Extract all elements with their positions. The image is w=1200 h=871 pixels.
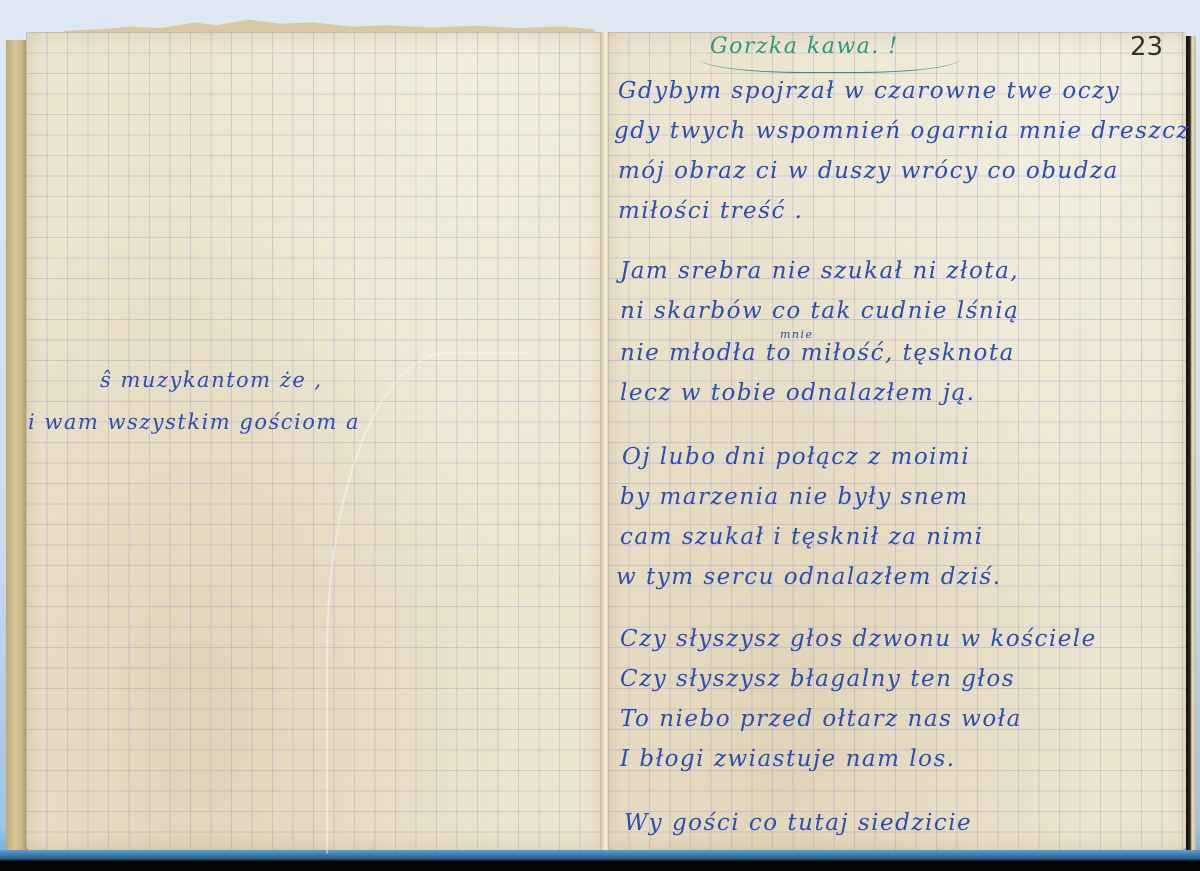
verse-line: Gdybym spojrzał w czarowne twe oczy — [618, 78, 1120, 104]
page-number: 23 — [1130, 32, 1163, 62]
verse-line: lecz w tobie odnalazłem ją. — [620, 380, 976, 406]
verse-line: nie młodła to miłość, tęsknota — [620, 340, 1015, 366]
scan-bottom-edge — [0, 850, 1200, 871]
left-page-line: i wam wszystkim gościom a — [28, 410, 360, 434]
verse-line: Jam srebra nie szukał ni złota, — [620, 258, 1019, 284]
verse-line: Oj lubo dni połącz z moimi — [622, 444, 970, 470]
song-title: Gorzka kawa. ! — [710, 34, 899, 59]
verse-line: ni skarbów co tak cudnie lśnią — [620, 298, 1019, 324]
left-page — [26, 32, 604, 850]
verse-line: mój obraz ci w duszy wrócy co obudza — [618, 158, 1119, 184]
verse-line: gdy twych wspomnień ogarnia mnie dreszcz — [614, 118, 1190, 144]
left-page-line: ŝ muzykantom że , — [100, 368, 323, 392]
verse-line: Czy słyszysz błagalny ten głos — [620, 666, 1015, 692]
verse-line: by marzenia nie były snem — [620, 484, 969, 510]
right-page-stack-edge — [1186, 36, 1196, 850]
verse-line: w tym sercu odnalazłem dziś. — [616, 564, 1002, 590]
verse-line: Wy gości co tutaj siedzicie — [624, 810, 972, 836]
verse-line: cam szukał i tęsknił za nimi — [620, 524, 984, 550]
verse-line: To niebo przed ołtarz nas woła — [620, 706, 1022, 732]
verse-line: I błogi zwiastuje nam los. — [620, 746, 956, 772]
verse-line: miłości treść . — [618, 198, 803, 224]
verse-line: Czy słyszysz głos dzwonu w kościele — [620, 626, 1097, 652]
